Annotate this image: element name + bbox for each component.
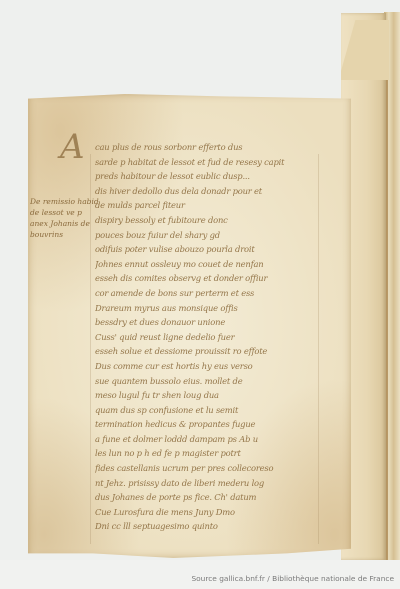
text-line: fides castellanis ucrum per pres colleco…: [95, 461, 335, 476]
text-line: sarde p habitat de lessot et fud de rese…: [95, 155, 335, 170]
text-line: sue quantem bussolo eius. mollet de: [95, 374, 335, 389]
text-line: cor amende de bons sur perterm et ess: [95, 286, 335, 301]
margin-line: De remissio habid: [30, 196, 100, 207]
text-line: Dni cc lll septuagesimo quinto: [95, 519, 335, 534]
image-viewer: A De remissio habid de lessot ve p anex …: [0, 0, 400, 560]
text-line: Cue Lurosfura die mens Juny Dmo: [95, 505, 335, 520]
binding-thread: [386, 40, 388, 560]
manuscript-text-block: cau plus de rous sorbonr efferto dus sar…: [95, 140, 335, 534]
text-line: esseh dis comites observg et donder offi…: [95, 271, 335, 286]
text-line: dis hiver dedollo dus dela donadr pour e…: [95, 184, 335, 199]
text-line: quam dus sp confusione et lu semit: [95, 403, 335, 418]
text-line: Drareum myrus aus monsique offis: [95, 301, 335, 316]
text-line: pouces bouz fuiur del shary gd: [95, 228, 335, 243]
text-line: bessdry et dues donauor unione: [95, 315, 335, 330]
text-line: Johnes ennut ossleuy mo couet de nenfan: [95, 257, 335, 272]
text-line: a fune et dolmer loddd dampam ps Ab u: [95, 432, 335, 447]
margin-line: anex Johanis de: [30, 218, 100, 229]
source-credit: Source gallica.bnf.fr / Bibliothèque nat…: [191, 574, 394, 583]
text-line: dispiry bessoly et fubitoure donc: [95, 213, 335, 228]
text-line: odifuis poter vulise abouzo pourla droit: [95, 242, 335, 257]
text-line: Dus comme cur est hortis hy eus verso: [95, 359, 335, 374]
margin-annotation: De remissio habid de lessot ve p anex Jo…: [30, 196, 100, 240]
text-line: dus Johanes de porte ps fice. Ch' datum: [95, 490, 335, 505]
margin-line: de lessot ve p: [30, 207, 100, 218]
decorated-initial: A: [60, 130, 85, 164]
text-line: meso lugul fu tr shen loug dua: [95, 388, 335, 403]
text-line: termination hedicus & propantes fugue: [95, 417, 335, 432]
text-line: cau plus de rous sorbonr efferto dus: [95, 140, 335, 155]
text-line: esseh solue et dessiome prouissit ro eff…: [95, 344, 335, 359]
text-line: de mulds parcel fiteur: [95, 198, 335, 213]
text-line: nt Jehz. prisissy dato de liberi mederu …: [95, 476, 335, 491]
text-line: preds habitour de lessot eublic dusp...: [95, 169, 335, 184]
text-line: les lun no p h ed fe p magister potrt: [95, 446, 335, 461]
margin-line: bouvrins: [30, 229, 100, 240]
text-line: Cuss' quid reust ligne dedelio fuer: [95, 330, 335, 345]
